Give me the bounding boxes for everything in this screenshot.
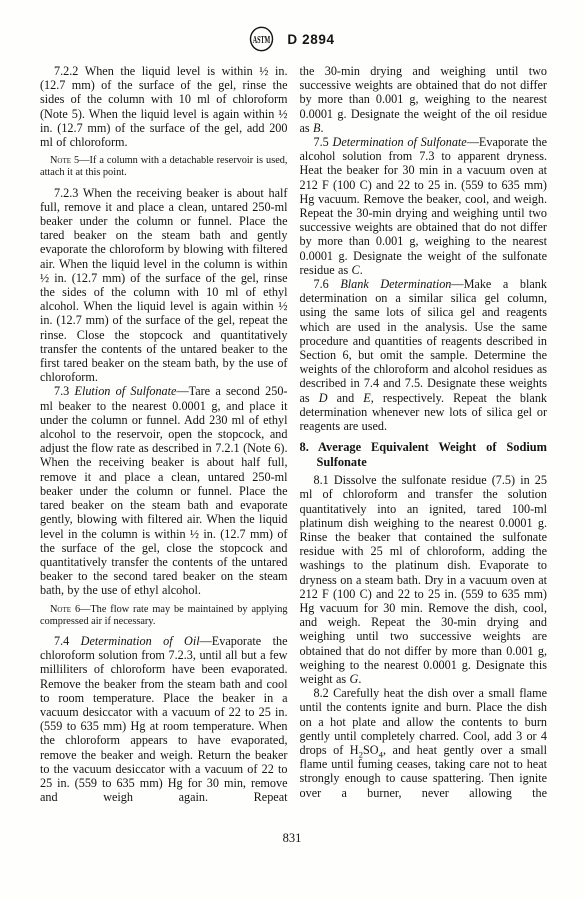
text-columns: 7.2.2 When the liquid level is within ½ …	[40, 64, 547, 836]
right-column: the 30-min drying and weighing until two…	[300, 64, 548, 836]
text-segment: .	[360, 263, 363, 277]
page-header: ASTM D 2894	[0, 26, 584, 52]
text-segment: 6—The flow rate may be maintained by app…	[40, 604, 288, 627]
left-column: 7.2.2 When the liquid level is within ½ …	[40, 64, 288, 836]
text-segment: 5—If a column with a detachable reservoi…	[40, 155, 288, 178]
text-segment: 7.2.3 When the receiving beaker is about…	[40, 186, 288, 385]
document-page: ASTM D 2894 7.2.2 When the liquid level …	[0, 0, 584, 899]
text-segment: 7.2.2 When the liquid level is within ½ …	[40, 64, 288, 149]
text-segment: —Tare a second 250-ml beaker to the near…	[40, 384, 288, 597]
body-paragraph: 7.4 Determination of Oil—Evaporate the c…	[40, 634, 288, 804]
note-paragraph: Note 5—If a column with a detachable res…	[40, 155, 288, 179]
astm-logo-icon: ASTM	[249, 26, 274, 52]
body-paragraph: 7.3 Elution of Sulfonate—Tare a second 2…	[40, 384, 288, 597]
text-segment: 8. Average Equivalent Weight of Sodium S…	[300, 440, 548, 468]
text-segment: Note	[50, 604, 71, 615]
text-segment: SO	[363, 743, 379, 757]
text-segment: —Make a blank determination on a similar…	[300, 277, 548, 405]
text-segment: Elution of Sulfonate	[75, 384, 177, 398]
text-segment: E	[363, 391, 370, 405]
text-segment: Determination of Sulfonate	[333, 135, 467, 149]
body-paragraph: 7.6 Blank Determination—Make a blank det…	[300, 277, 548, 433]
text-segment: —Evaporate the chloroform solution from …	[40, 634, 288, 804]
body-paragraph: 7.2.2 When the liquid level is within ½ …	[40, 64, 288, 149]
text-segment: .	[358, 672, 361, 686]
text-segment: the 30-min drying and weighing until two…	[300, 64, 548, 135]
astm-logo-text: ASTM	[253, 34, 271, 46]
page-number: 831	[283, 831, 302, 845]
body-paragraph: 8.1 Dissolve the sulfonate residue (7.5)…	[300, 473, 548, 686]
text-segment: —Evaporate the alcohol solution from 7.3…	[300, 135, 548, 277]
text-segment: 7.3	[54, 384, 75, 398]
text-segment: and	[328, 391, 364, 405]
text-segment: D	[319, 391, 328, 405]
body-paragraph: 7.2.3 When the receiving beaker is about…	[40, 186, 288, 385]
text-segment: Determination of Oil	[81, 634, 200, 648]
text-segment: 7.5	[314, 135, 333, 149]
note-paragraph: Note 6—The flow rate may be maintained b…	[40, 604, 288, 628]
page-footer: 831	[0, 831, 584, 846]
body-paragraph: 7.5 Determination of Sulfonate—Evaporate…	[300, 135, 548, 277]
section-heading: 8. Average Equivalent Weight of Sodium S…	[300, 440, 548, 469]
text-segment: C	[352, 263, 360, 277]
text-segment: 7.4	[54, 634, 81, 648]
body-paragraph: 8.2 Carefully heat the dish over a small…	[300, 686, 548, 800]
text-segment: Blank Determination	[340, 277, 451, 291]
text-segment: 8.1 Dissolve the sulfonate residue (7.5)…	[300, 473, 548, 686]
text-segment: 7.6	[314, 277, 341, 291]
text-segment: .	[320, 121, 323, 135]
document-code: D 2894	[287, 32, 334, 47]
body-paragraph: the 30-min drying and weighing until two…	[300, 64, 548, 135]
text-segment: Note	[50, 155, 71, 166]
